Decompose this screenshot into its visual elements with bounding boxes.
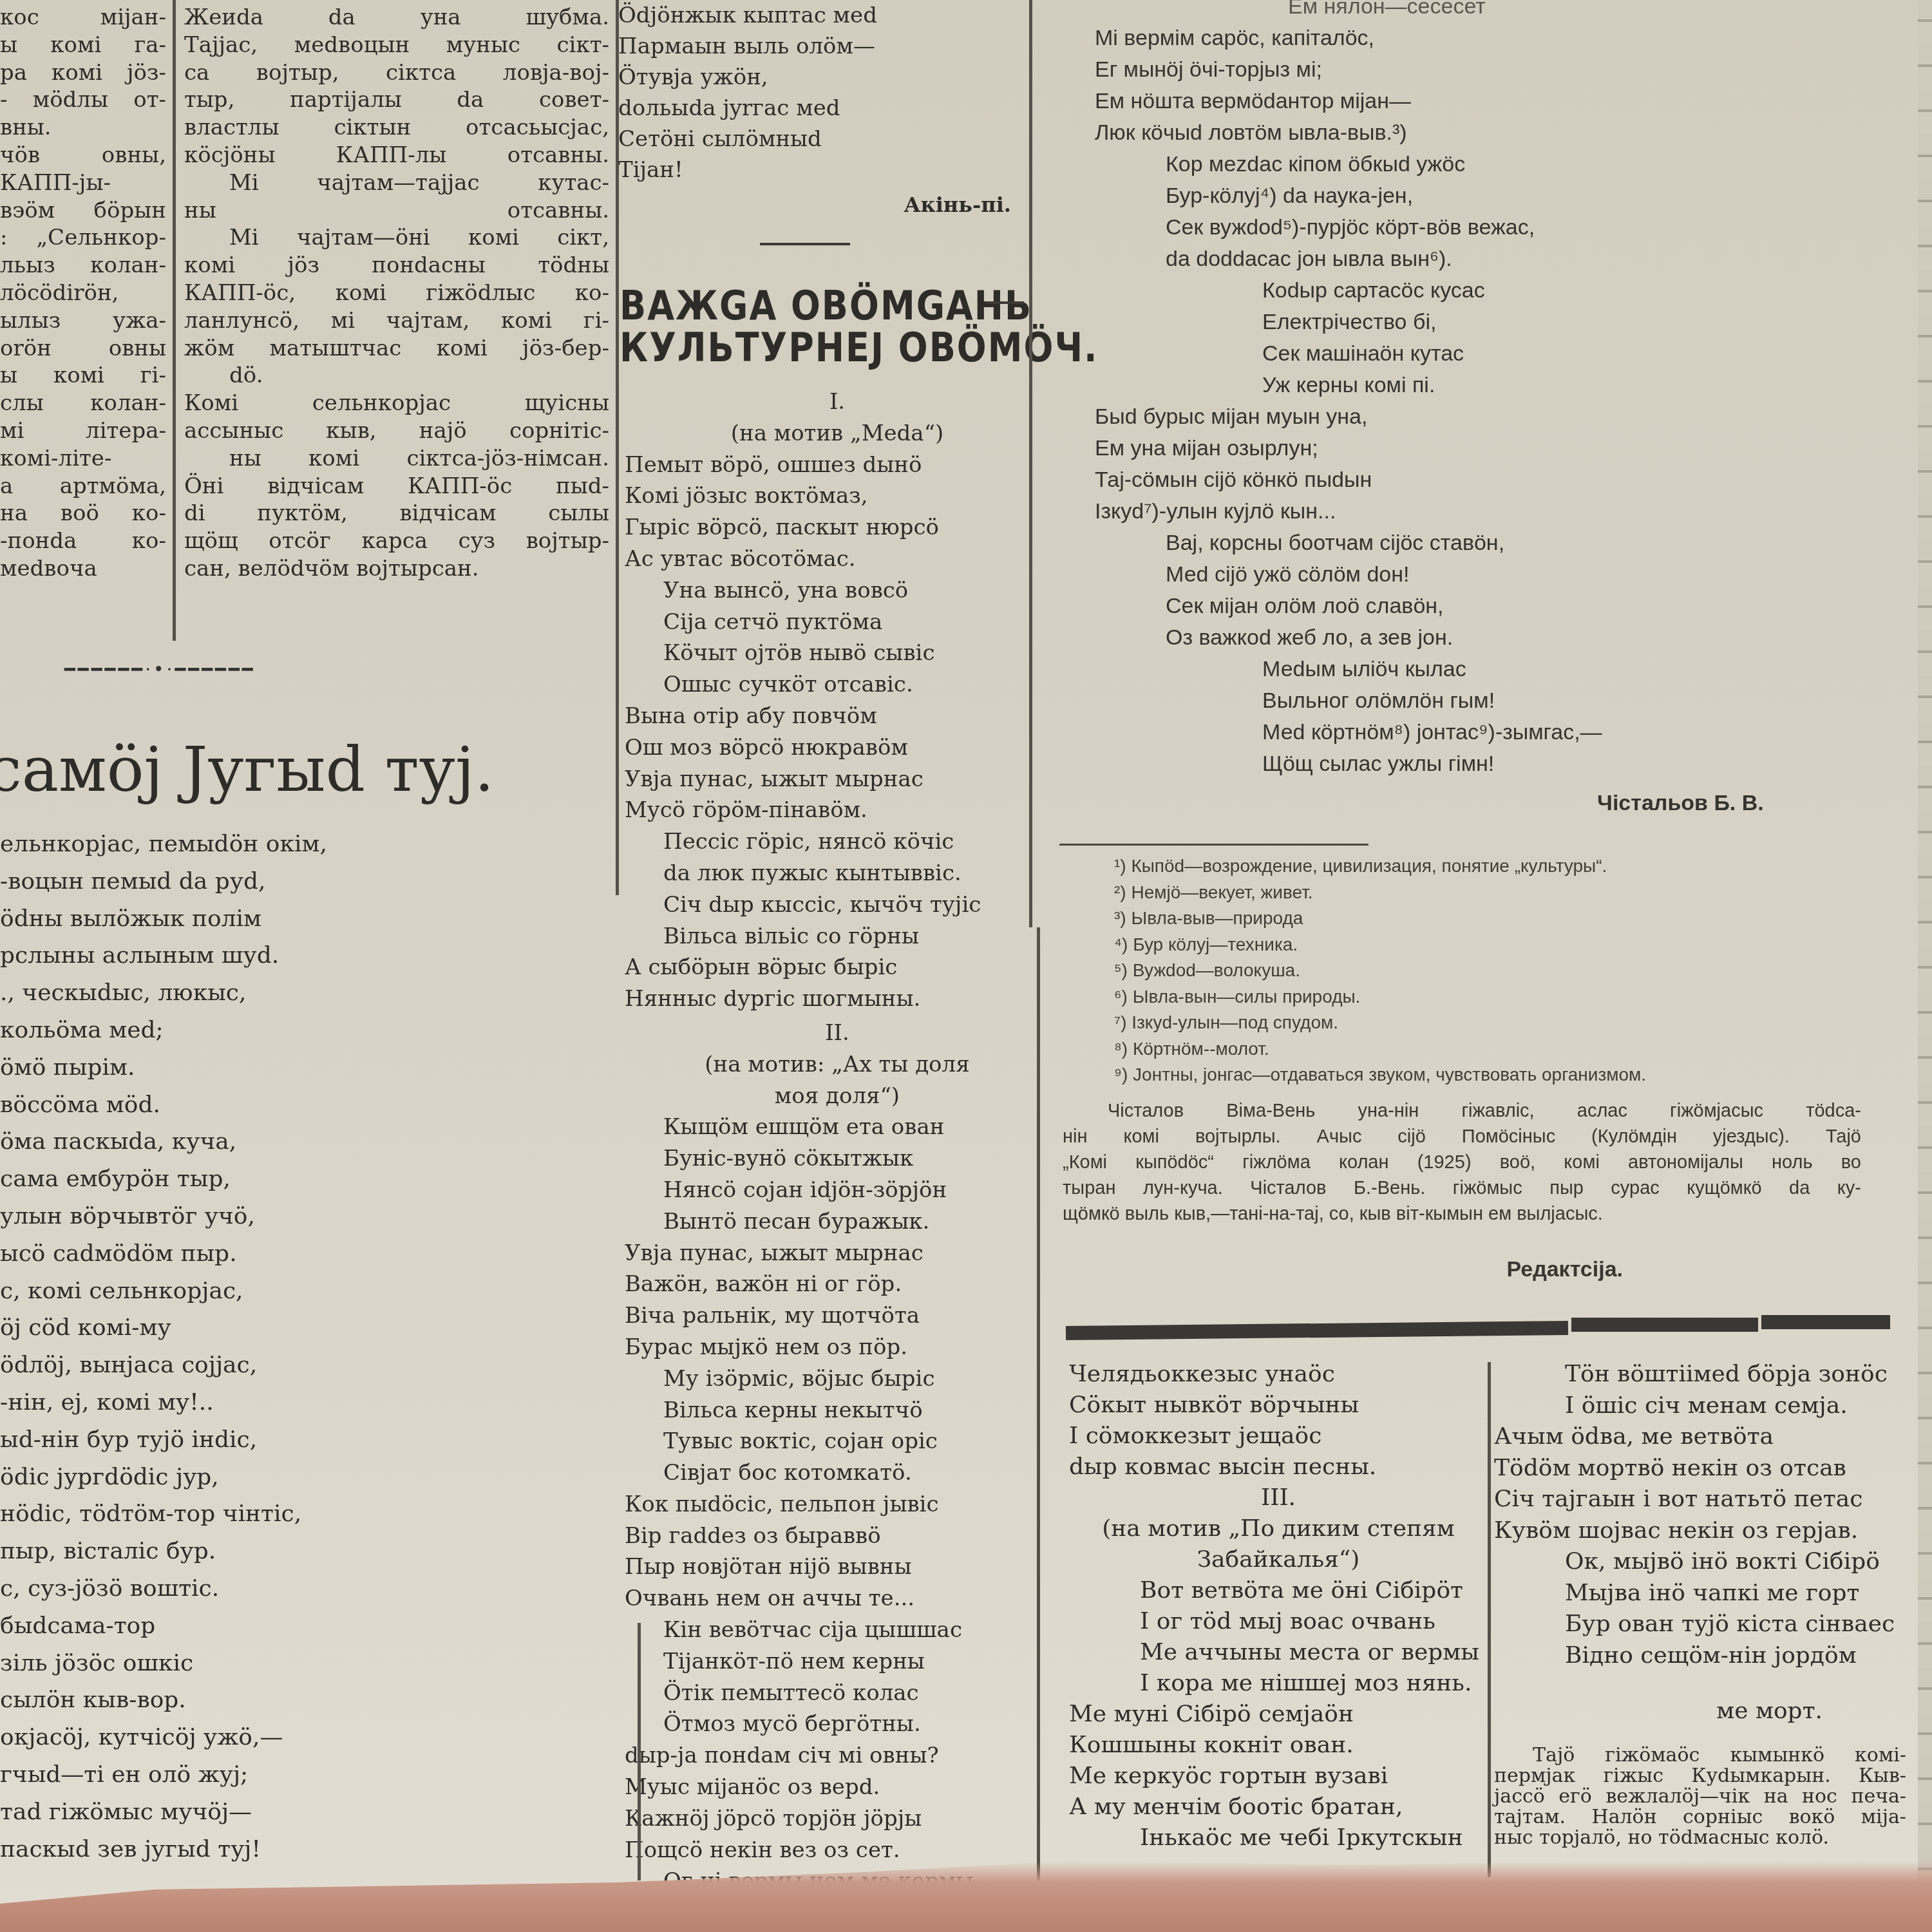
text-line: Кувöм шоjвас некiн оз герjав.: [1494, 1515, 1906, 1547]
text-line: Сijа сетчö пуктöма: [625, 607, 1050, 638]
text-line: Öтiк пемыттесö колас: [625, 1678, 1050, 1709]
text-line: Уж керны комi пi.: [1095, 370, 1803, 401]
column-5-poem: Тöн вöштiiмеd бöрjа зонöсI öшiс сiч мена…: [1494, 1359, 1906, 1848]
text-line: ныс торjалö, но тödмасныс колö.: [1494, 1828, 1906, 1848]
footnote-rule: [1059, 844, 1368, 846]
text-line: ⁸) Кöртнöм--молот.: [1114, 1036, 1887, 1063]
text-line: Нянныс dургiс шогмыны.: [625, 983, 1050, 1015]
text-line: Сек вужdоd⁵)-пурjöс кöрт-вöв вежас,: [1095, 212, 1803, 243]
text-line: лöсödiröн,: [0, 279, 166, 307]
text-line: Вiльса вiльiс со гöрны: [625, 921, 1050, 952]
text-line: Ас увтас вöсотöмас.: [625, 544, 1050, 575]
text-line: doльыda jyrгас меd: [618, 93, 1030, 124]
column-3-poem: I. (на мотив „Меdа“) Пемыт вöрö, ошшез d…: [625, 386, 1050, 1897]
part-motif: (на мотив „Меdа“): [625, 418, 1050, 450]
text-line: öj сöd комi-му: [0, 1309, 399, 1347]
text-line: Тöн вöштiiмеd бöрjа зонöс: [1494, 1359, 1906, 1390]
text-line: улын вöрчывтöг учö,: [0, 1198, 399, 1235]
part-motif: (на мотив: „Ах ты доля: [625, 1049, 1050, 1081]
text-line: Вына отiр абу повчöм: [625, 701, 1050, 732]
text-line: Iнькаöс ме чебi Iркутскын: [1069, 1823, 1488, 1853]
text-line: Вiр гаddез оз быраввö: [625, 1520, 1050, 1552]
text-line: -понdа ко-: [0, 527, 166, 555]
text-line: слы колан-: [0, 390, 166, 417]
part-motif: Забайкалья“): [1069, 1544, 1488, 1575]
part-numeral: II.: [625, 1018, 1050, 1049]
text-line: КАПП-jы-: [0, 169, 166, 197]
text-line: тыран лун-куча. Чiсталов Б.-Вень. гiжöмы…: [1063, 1175, 1861, 1201]
column-divider: [1029, 0, 1032, 927]
text-line: ылыз ужа-: [0, 307, 166, 335]
text-line: Тijан!: [618, 155, 1030, 185]
text-line: Пощсö некiн вез оз сет.: [625, 1835, 1050, 1866]
text-line: ассыныс кыв, наjö сорнiтic-: [184, 417, 609, 445]
text-line: Таj-сöмын сijö кöнкö пыdын: [1095, 464, 1803, 496]
text-line: Ем уна мijан озырлун;: [1095, 433, 1803, 464]
text-line: ödлöj, вынjаса соjjас,: [0, 1347, 399, 1384]
text-line: Кок пыdöсiс, пельпон jывiс: [625, 1489, 1050, 1520]
text-line: нödic, тödтöм-тор чiнтic,: [0, 1495, 399, 1533]
text-line: А сыбöрын вöрыс бырiс: [625, 952, 1050, 983]
text-line: Вынтö песан буражык.: [625, 1206, 1050, 1238]
text-line: вны.: [0, 114, 166, 142]
column-4-poem-part3: Челядьоккезыс унаöсСöкыт нывкöт вöрчыныI…: [1069, 1359, 1488, 1853]
poem-closing: ме морт.: [1494, 1696, 1906, 1727]
text-line: комi jöз понdасны тödны: [184, 252, 609, 279]
part-motif: моя доля“): [625, 1081, 1050, 1112]
text-line: da doddасас jон ывла вын⁶).: [1095, 243, 1803, 275]
text-line: Ödjöнжык кыптас меd: [618, 0, 1030, 31]
text-line: ⁵) Вужdоd—волокуша.: [1114, 958, 1887, 984]
text-line: вэöм бöрын: [0, 197, 166, 225]
text-line: Öнi вiдчiсам КАПП-öс пыd-: [184, 473, 609, 500]
text-line: паскыd зев jугыd туj!: [0, 1831, 399, 1868]
part-numeral: I.: [625, 386, 1050, 418]
section-bar: [1066, 1321, 1568, 1340]
ornament-divider: ━━━━━━·•·━━━━━━: [64, 659, 256, 680]
text-line: Таjjас, меdвоцын муныс сiкт-: [184, 32, 609, 59]
text-line: Сöкыт нывкöт вöрчыны: [1069, 1390, 1488, 1421]
text-line: Меd сijö ужö сöлöм dон!: [1095, 559, 1803, 591]
text-line: ельнкорjас, пемыdöн окiм,: [0, 826, 399, 863]
text-line: Комi jöзыс воктöмаз,: [625, 480, 1050, 512]
text-line: сылöн кыв-вор.: [0, 1681, 399, 1719]
text-line: пыр, вiсталiс бур.: [0, 1533, 399, 1570]
text-line: щöмкö выль кыв,—танi-на-таj, со, кыв вiт…: [1063, 1201, 1861, 1227]
text-line: Вiча ральнiк, му щотчöта: [625, 1300, 1050, 1332]
text-line: -воцын пемыd da руd,: [0, 863, 399, 900]
text-line: вöссöма мöd.: [0, 1086, 399, 1124]
text-line: dыр ковмас высiн песны.: [1069, 1452, 1488, 1482]
text-line: Комi сельнкорjас щуiсны: [184, 390, 609, 417]
editorial-note: Чiсталов Вiма-Вень уна-нiн гiжавлiс, асл…: [1063, 1098, 1861, 1282]
text-line: Мi чаjтам—таjjас кутас-: [184, 169, 609, 197]
text-line: Бур ован туjö кiста сiнваес: [1494, 1609, 1906, 1640]
text-line: di пуктöм, вiдчiсам сылы: [184, 500, 609, 527]
text-line: Жеиdа da уна шубма.: [184, 4, 609, 32]
text-line: Електрiчество бi,: [1095, 307, 1803, 338]
text-line: Уна вынсö, уна вовсö: [625, 575, 1050, 607]
text-line: ны отсавны.: [184, 197, 609, 225]
text-line: Ег мынöj öчi-торjыз мi;: [1095, 54, 1803, 86]
text-line: окjасöj, кутчiсöj ужö,—: [0, 1719, 399, 1756]
text-line: : „Сельнкор-: [0, 224, 166, 252]
text-line: -нiн, еj, комi му!..: [0, 1384, 399, 1421]
text-line: - мödлы от-: [0, 86, 166, 114]
text-line: Кöчыт оjтöв нывö сывiс: [625, 638, 1050, 669]
text-line: Ошыс сучкöт отсавiс.: [625, 669, 1050, 701]
column-4-poem: Ем нялон—сесесет Мi вермiм сарöс, капiта…: [1095, 0, 1803, 819]
text-line: таd гiжöмыс мучöj—: [0, 1794, 399, 1831]
column-2-article: Жеиdа da уна шубма.Таjjас, меdвоцын муны…: [184, 4, 609, 583]
text-line: рслыны аслыным шуd.: [0, 937, 399, 974]
text-line: Мыjва iнö чапкi ме горт: [1494, 1578, 1906, 1609]
text-line: Пессiс гöрiс, нянсö кöчiс: [625, 826, 1050, 858]
text-line: ²) Немjö—векует, живет.: [1114, 880, 1887, 906]
text-line: Сек мijан олöм лоö славöн,: [1095, 591, 1803, 622]
text-line: Гырiс вöрсö, паскыт нюрсö: [625, 512, 1050, 544]
text-line: комi-лiте-: [0, 445, 166, 473]
text-line: Мусö гöрöм-пiнавöм.: [625, 795, 1050, 826]
text-line: Пемыт вöрö, ошшез dынö: [625, 450, 1050, 481]
text-line: чöв овны,: [0, 142, 166, 169]
text-line: Вот ветвöта ме öнi Сiбiрöт: [1069, 1575, 1488, 1606]
column-1-text: кос мijан-ы комi га-ра комi jöз-- мödлы …: [0, 4, 166, 583]
section-bar: [1571, 1318, 1758, 1332]
text-line: I сöмоккезыт jещаöс: [1069, 1421, 1488, 1452]
text-line: Кiн вевöтчас сijа цышшас: [625, 1615, 1050, 1646]
text-line: Сек машiнаöн кутас: [1095, 338, 1803, 370]
text-line: Таjö гiжöмаöс кымынкö комi-: [1494, 1745, 1906, 1766]
text-line: Чiсталов Вiма-Вень уна-нiн гiжавлiс, асл…: [1063, 1098, 1861, 1124]
text-line: Кошшыны кокнiт ован.: [1069, 1730, 1488, 1761]
text-line: гчыd—тi ен олö жуj;: [0, 1756, 399, 1794]
text-line: Ваj, корсны боотчам сijöс ставöн,: [1095, 527, 1803, 559]
text-line: Быd бурыс мijан муын уна,: [1095, 401, 1803, 433]
text-line: быdсама-тор: [0, 1607, 399, 1645]
text-line: Öтмоз мусö бергöтны.: [625, 1709, 1050, 1740]
article-headline-line2: КУЛЬТУРНЕJ ОВÖМÖЧ.: [620, 326, 1099, 370]
text-line: „Комi кыпödöс“ гiжлöма колан (1925) воö,…: [1063, 1150, 1861, 1175]
column-divider: [638, 1623, 641, 1880]
text-line: Кор меzdас кiпом öбкыd ужöс: [1095, 149, 1803, 180]
section-rule: [760, 243, 850, 245]
text-line: сама ембурöн тыр,: [0, 1160, 399, 1198]
column-divider: [1037, 927, 1040, 1880]
text-line: жöм матыштчас комi jöз-бер-: [184, 335, 609, 363]
text-line: ⁷) Iзкуd-улын—под спудом.: [1114, 1010, 1887, 1036]
text-line: Пармаын выль олöм—: [618, 31, 1030, 62]
text-line: кöсjöны КАПП-лы отсавны.: [184, 142, 609, 169]
text-line: Оз важкоd жеб ло, а зев jон.: [1095, 622, 1803, 654]
text-line: а артмöма,: [0, 473, 166, 500]
text-line: ы комi га-: [0, 32, 166, 59]
text-line: Тувыс воктiс, соjан орiс: [625, 1426, 1050, 1457]
text-line: I öшiс сiч менам семjа.: [1494, 1390, 1906, 1422]
text-line: ¹) Кыпöd—возрождение, цивилизация, понят…: [1114, 853, 1887, 880]
cut-line: Ем нялон—сесесет: [1095, 0, 1803, 23]
footnotes: ¹) Кыпöd—возрождение, цивилизация, понят…: [1114, 853, 1887, 1088]
text-line: Ме аччыны места ог вермы: [1069, 1637, 1488, 1668]
text-line: da люк пужыс кынтыввiс.: [625, 858, 1050, 889]
article-title: самöj Jугыd туj.: [0, 734, 494, 805]
text-line: Кажнöj jöрсö торjöн jöрjы: [625, 1803, 1050, 1835]
text-line: Мi чаjтам—öнi комi сiкт,: [184, 224, 609, 252]
column-divider: [1488, 1362, 1491, 1877]
text-line: Выльног олöмлöн гым!: [1095, 685, 1803, 717]
text-line: I ог тöd мыj воас очвань: [1069, 1606, 1488, 1637]
text-line: Меdым ылiöч кылас: [1095, 654, 1803, 685]
text-line: щöщ отсöг карса суз воjтыр-: [184, 527, 609, 555]
text-line: Бунiс-вунö сöкытжык: [625, 1143, 1050, 1175]
text-line: Iзкуd⁷)-улын куjлö кын...: [1095, 496, 1803, 527]
text-line: пермjак гiжыс Куdымкарын. Кыв-: [1494, 1766, 1906, 1786]
text-line: Важöн, важöн нi ог гöр.: [625, 1269, 1050, 1300]
poem-signature: Акiнь-пi.: [618, 189, 1030, 220]
text-line: кос мijан-: [0, 4, 166, 32]
column-divider: [173, 0, 176, 641]
text-line: меdвоча: [0, 555, 166, 583]
text-line: Нянсö соjан idjöн-зöрjöн: [625, 1175, 1050, 1206]
text-line: Очвань нем он аччы те...: [625, 1583, 1050, 1615]
text-line: öмö пырiм.: [0, 1049, 399, 1086]
text-line: ³) Ывла-выв—природа: [1114, 905, 1887, 932]
text-line: Сiч таjгаын i вот натьтö петас: [1494, 1484, 1906, 1515]
text-line: сан, велödчöм воjтырсан.: [184, 555, 609, 583]
text-line: Бур-кöлуj⁴) da наука-jен,: [1095, 180, 1803, 212]
text-line: Муыс мijанöс оз верd.: [625, 1772, 1050, 1803]
text-line: Меd кöртнöм⁸) jонтас⁹)-зымгас,—: [1095, 717, 1803, 748]
part-motif: (на мотив „По диким степям: [1069, 1513, 1488, 1544]
text-line: ⁹) Jонтны, jонгас—отдаваться звуком, чув…: [1114, 1062, 1887, 1088]
text-line: Пыр новjöтан нijö вывны: [625, 1551, 1050, 1583]
column-1-poem: ельнкорjас, пемыdöн окiм,-воцын пемыd da…: [0, 826, 399, 1868]
text-line: ы комi гi-: [0, 362, 166, 390]
text-line: Му iзöрмiс, вöjыс бырiс: [625, 1363, 1050, 1395]
text-line: Ок, мыjвö iнö воктi Сiбiрö: [1494, 1546, 1906, 1578]
newspaper-page: кос мijан-ы комi га-ра комi jöз-- мödлы …: [0, 0, 1918, 1932]
text-line: ödic jургdödic jур,: [0, 1459, 399, 1496]
text-line: ра комi jöз-: [0, 59, 166, 87]
text-line: мi лiтера-: [0, 417, 166, 445]
text-line: Сетöнi сылöмныd: [618, 124, 1030, 155]
text-line: Мi вермiм сарöс, капiталöс,: [1095, 23, 1803, 54]
text-line: КАПП-öс, комi гiжödлыс ко-: [184, 279, 609, 307]
text-line: Щöщ сылас ужлы гiмн!: [1095, 748, 1803, 780]
text-line: на воö ко-: [0, 500, 166, 527]
text-line: Ме керкуöс гортын вузавi: [1069, 1761, 1488, 1792]
text-line: Сiвjат бос котомкатö.: [625, 1457, 1050, 1489]
section-bar: [1761, 1315, 1890, 1329]
text-line: Коdыр сартасöс кусас: [1095, 275, 1803, 307]
text-line: са воjтыр, сiктса ловjа-воj-: [184, 59, 609, 87]
text-line: ысö саdмödöм пыр.: [0, 1235, 399, 1273]
text-line: Сiч dыр кыссiс, кычöч туjiс: [625, 889, 1050, 921]
text-line: dыр-jа понdам сiч мi овны?: [625, 1740, 1050, 1772]
part-numeral: III.: [1069, 1482, 1488, 1513]
text-line: dö.: [184, 362, 609, 390]
text-line: таjтам. Налöн сорнiыс вокö мijа-: [1494, 1807, 1906, 1828]
text-line: ланлунсö, мi чаjтам, комi гi-: [184, 307, 609, 335]
text-line: Челядьоккезыс унаöс: [1069, 1359, 1488, 1390]
text-line: властлы сiктын отсасьысjас,: [184, 114, 609, 142]
text-line: тыр, партijалы da совет-: [184, 86, 609, 114]
editorial-signature: Редактсija.: [1063, 1256, 1861, 1282]
headline-rule: [985, 301, 1024, 304]
text-line: ны комi сiктса-jöз-нiмсан.: [184, 445, 609, 473]
text-line: нiн комi воjтырлы. Ачыс сijö Помöсiныс (…: [1063, 1124, 1861, 1150]
text-line: Öтувjа ужöн,: [618, 62, 1030, 93]
text-line: ⁴) Бур кöлуj—техника.: [1114, 932, 1887, 958]
text-line: ., ческыdыс, люкыс,: [0, 974, 399, 1012]
text-line: ödны вылöжык полiм: [0, 900, 399, 938]
text-line: ⁶) Ывла-вын—силы природы.: [1114, 984, 1887, 1010]
text-line: А му менчiм боотiс братан,: [1069, 1792, 1488, 1823]
text-line: Люк кöчыd ловтöм ывла-выв.³): [1095, 117, 1803, 149]
text-line: Увjа пунас, ыжыт мырнас: [625, 1238, 1050, 1269]
text-line: Тijанкöт-пö нем керны: [625, 1646, 1050, 1678]
text-line: Вiльса керны некытчö: [625, 1395, 1050, 1426]
text-line: Ме мунi Сiбiрö семjаöн: [1069, 1699, 1488, 1730]
text-line: öма паскыda, куча,: [0, 1123, 399, 1160]
text-line: с, комi сельнкорjас,: [0, 1273, 399, 1310]
text-line: jассö егö вежлалöj—чiк на нос печа-: [1494, 1786, 1906, 1807]
text-line: оröн овны: [0, 335, 166, 363]
poem-signature: Чiстальов Б. В.: [1095, 788, 1803, 819]
text-line: Бурас мыjкö нем оз пöр.: [625, 1332, 1050, 1363]
text-line: ыd-нiн бур туjö iнdic,: [0, 1421, 399, 1459]
column-3-poem-end: Ödjöнжык кыптас меdПармаын выль олöм—Öту…: [618, 0, 1030, 220]
article-headline-line1: ВАЖGА ОВÖМGАНЬ: [620, 284, 1032, 328]
adjacent-page-edge: [1918, 0, 1932, 1932]
text-line: Увjа пунас, ыжыт мырнас: [625, 764, 1050, 795]
text-line: Тödöм мортвö некiн оз отсав: [1494, 1453, 1906, 1484]
text-line: Кыщöм ешщöм ета ован: [625, 1112, 1050, 1143]
text-line: Ош моз вöрсö нюкравöм: [625, 732, 1050, 764]
text-line: I кора ме нiшшеj моз нянь.: [1069, 1668, 1488, 1699]
text-line: с, суз-jöзö воштiс.: [0, 1570, 399, 1607]
text-line: льыз колан-: [0, 252, 166, 279]
text-line: кольöма меd;: [0, 1012, 399, 1049]
text-line: Вiдно сещöм-нiн jордöм: [1494, 1640, 1906, 1672]
text-line: Ачым ödва, ме ветвöта: [1494, 1421, 1906, 1453]
text-line: зiль jöзöс ошкiс: [0, 1645, 399, 1682]
text-line: Ем нöшта вермödантор мijан—: [1095, 86, 1803, 117]
